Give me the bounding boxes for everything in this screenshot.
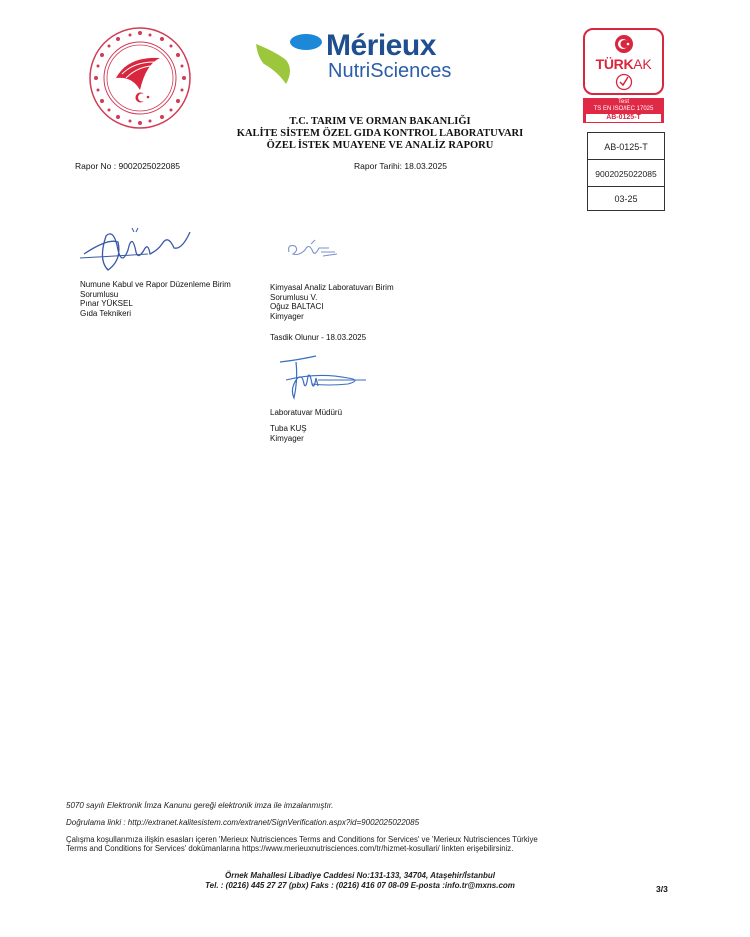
turkak-badge: TÜRKAK xyxy=(583,28,664,95)
esign-notice: 5070 sayılı Elektronik İmza Kanunu gereğ… xyxy=(66,801,333,810)
terms-notice: Çalışma koşullarımıza ilişkin esasları i… xyxy=(66,835,626,853)
signatory-2: Kimyasal Analiz Laboratuvarı Birim Sorum… xyxy=(270,283,440,321)
signature-3-icon xyxy=(278,350,368,405)
logo-title: Mérieux xyxy=(326,30,436,62)
signature-2-icon xyxy=(285,238,345,260)
merieux-logo-mark-icon xyxy=(256,30,328,86)
company-address: Örnek Mahallesi Libadiye Caddesi No:131-… xyxy=(160,871,560,891)
signatory-2-name: Oğuz BALTACI xyxy=(270,302,440,312)
document-title: T.C. TARIM VE ORMAN BAKANLIĞI KALİTE SİS… xyxy=(200,116,560,152)
signatory-2-role-cont: Sorumlusu V. xyxy=(270,293,440,303)
code-box-report-number: 9002025022085 xyxy=(587,159,665,187)
title-line-2: KALİTE SİSTEM ÖZEL GIDA KONTROL LABORATU… xyxy=(200,128,560,140)
turkak-name-part1: TÜRK xyxy=(596,56,634,72)
turkak-name-part2: AK xyxy=(633,56,651,72)
verification-link[interactable]: Doğrulama linki : http://extranet.kalite… xyxy=(66,818,419,827)
ministry-seal-icon xyxy=(88,26,192,130)
signatory-1: Numune Kabul ve Rapor Düzenleme Birim So… xyxy=(80,280,280,318)
code-box-date: 03-25 xyxy=(587,186,665,211)
accreditation-standard: TS EN ISO/IEC 17025 xyxy=(583,106,664,113)
logo-subtitle: NutriSciences xyxy=(328,60,451,82)
report-date: Rapor Tarihi: 18.03.2025 xyxy=(354,161,447,171)
check-icon xyxy=(615,73,633,91)
code-box-accreditation: AB-0125-T xyxy=(587,132,665,160)
signature-1-icon xyxy=(78,220,198,280)
title-line-3: ÖZEL İSTEK MUAYENE VE ANALİZ RAPORU xyxy=(200,140,560,152)
report-number: Rapor No : 9002025022085 xyxy=(75,161,180,171)
lab-director: Tuba KUŞ Kimyager xyxy=(270,424,307,443)
address-line-1: Örnek Mahallesi Libadiye Caddesi No:131-… xyxy=(160,871,560,881)
signatory-1-name: Pınar YÜKSEL xyxy=(80,299,280,309)
signatory-2-role: Kimyasal Analiz Laboratuvarı Birim xyxy=(270,283,440,293)
signatory-1-role-cont: Sorumlusu xyxy=(80,290,280,300)
crescent-star-icon xyxy=(614,34,634,54)
terms-line-2[interactable]: Terms and Conditions for Services' doküm… xyxy=(66,844,626,853)
signatory-2-title: Kimyager xyxy=(270,312,440,322)
accreditation-code: AB-0125-T xyxy=(586,114,661,122)
contact-line: Tel. : (0216) 445 27 27 (pbx) Faks : (02… xyxy=(160,881,560,891)
lab-director-title: Kimyager xyxy=(270,434,307,444)
accreditation-label: Test TS EN ISO/IEC 17025 AB-0125-T xyxy=(583,98,664,123)
merieux-logo: Mérieux NutriSciences xyxy=(256,30,506,86)
title-line-1: T.C. TARIM VE ORMAN BAKANLIĞI xyxy=(200,116,560,128)
signatory-1-title: Gıda Teknikeri xyxy=(80,309,280,319)
lab-director-name: Tuba KUŞ xyxy=(270,424,307,434)
turkak-name: TÜRKAK xyxy=(585,56,662,72)
page-number: 3/3 xyxy=(656,884,668,894)
accreditation-type: Test xyxy=(583,99,664,106)
lab-director-role: Laboratuvar Müdürü xyxy=(270,408,342,417)
signatory-1-role: Numune Kabul ve Rapor Düzenleme Birim xyxy=(80,280,280,290)
terms-line-1: Çalışma koşullarımıza ilişkin esasları i… xyxy=(66,835,626,844)
approval-label: Tasdik Olunur - 18.03.2025 xyxy=(270,333,366,342)
